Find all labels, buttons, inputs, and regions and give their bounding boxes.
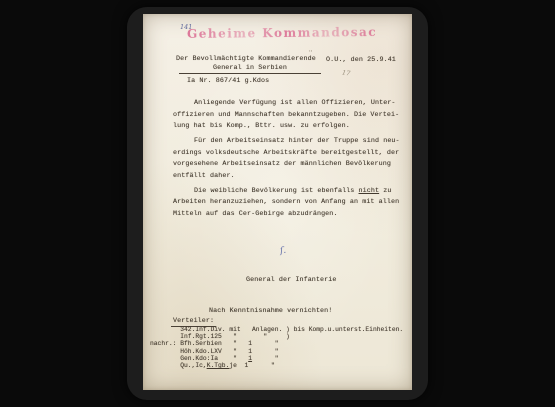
row-segment: "	[252, 355, 278, 362]
reference-number: Ia Nr. 867/41 g.Kdos	[187, 77, 269, 85]
body-line: erdings volksdeutsche Arbeitskräfte bere…	[173, 148, 401, 160]
row-segment: je 1 "	[229, 362, 274, 369]
body-line: Mitteln auf das Cer-Gebirge abzudrängen.	[173, 209, 401, 221]
underlined-word: nicht	[359, 187, 380, 195]
body-line: vorgesehene Arbeitseinsatz der männliche…	[173, 159, 401, 171]
underlined-abbrev: K.Tgb.	[207, 362, 230, 369]
row-segment: Gen.Kdo:Ia "	[150, 355, 248, 362]
paragraph-distribution: Anliegende Verfügung ist allen Offiziere…	[173, 98, 401, 133]
pencil-tick-marks: ''	[309, 50, 312, 57]
body-line-segment: Die weibliche Bevölkerung ist ebenfalls	[194, 187, 359, 195]
body-line: Für den Arbeitseinsatz hinter der Truppe…	[173, 136, 401, 148]
signature-title: General der Infanterie	[246, 276, 337, 284]
body-line: offizieren und Mannschaften bekanntzugeb…	[173, 110, 401, 122]
photo-background: 141 Geheime Kommandosache Der Bevollmäch…	[0, 0, 555, 407]
sender-line1: Der Bevollmächtigte Kommandierende	[176, 55, 316, 63]
row-segment: Qu.,Ic,	[150, 362, 207, 369]
handwritten-signature-mark: ſ.	[279, 246, 286, 257]
destroy-note: Nach Kenntnisnahme vernichten!	[209, 307, 332, 315]
body-line: Anliegende Verfügung ist allen Offiziere…	[173, 98, 401, 110]
document-body: Anliegende Verfügung ist allen Offiziere…	[173, 98, 401, 224]
body-line: Arbeiten heranzuziehen, sondern von Anfa…	[173, 197, 401, 209]
distribution-list: 342.Inf.Div. mit Anlagen. ) bis Komp.u.u…	[150, 326, 403, 369]
body-line: lung hat bis Komp., Bttr. usw. zu erfolg…	[173, 121, 401, 133]
distribution-row: Qu.,Ic,K.Tgb.je 1 "	[150, 362, 403, 369]
distribution-row: Gen.Kdo:Ia " 1 "	[150, 355, 403, 362]
photo-frame: 141 Geheime Kommandosache Der Bevollmäch…	[127, 7, 428, 400]
distribution-row: Höh.Kdo.LXV " 1 "	[150, 348, 403, 355]
document-page: 141 Geheime Kommandosache Der Bevollmäch…	[143, 14, 412, 390]
sender-line2: General in Serbien	[179, 64, 321, 74]
dateline: O.U., den 25.9.41	[326, 56, 396, 64]
body-line: Die weibliche Bevölkerung ist ebenfalls …	[173, 186, 401, 198]
body-line-segment: zu	[379, 187, 391, 195]
secret-stamp: Geheime Kommandosache	[187, 25, 377, 41]
distribution-row: nachr.: Bfh.Serbien " 1 "	[150, 340, 403, 347]
paragraph-labor: Für den Arbeitseinsatz hinter der Truppe…	[173, 136, 401, 182]
pencil-number: 17	[341, 68, 350, 77]
body-line: entfällt daher.	[173, 171, 401, 183]
paragraph-population: Die weibliche Bevölkerung ist ebenfalls …	[173, 186, 401, 221]
